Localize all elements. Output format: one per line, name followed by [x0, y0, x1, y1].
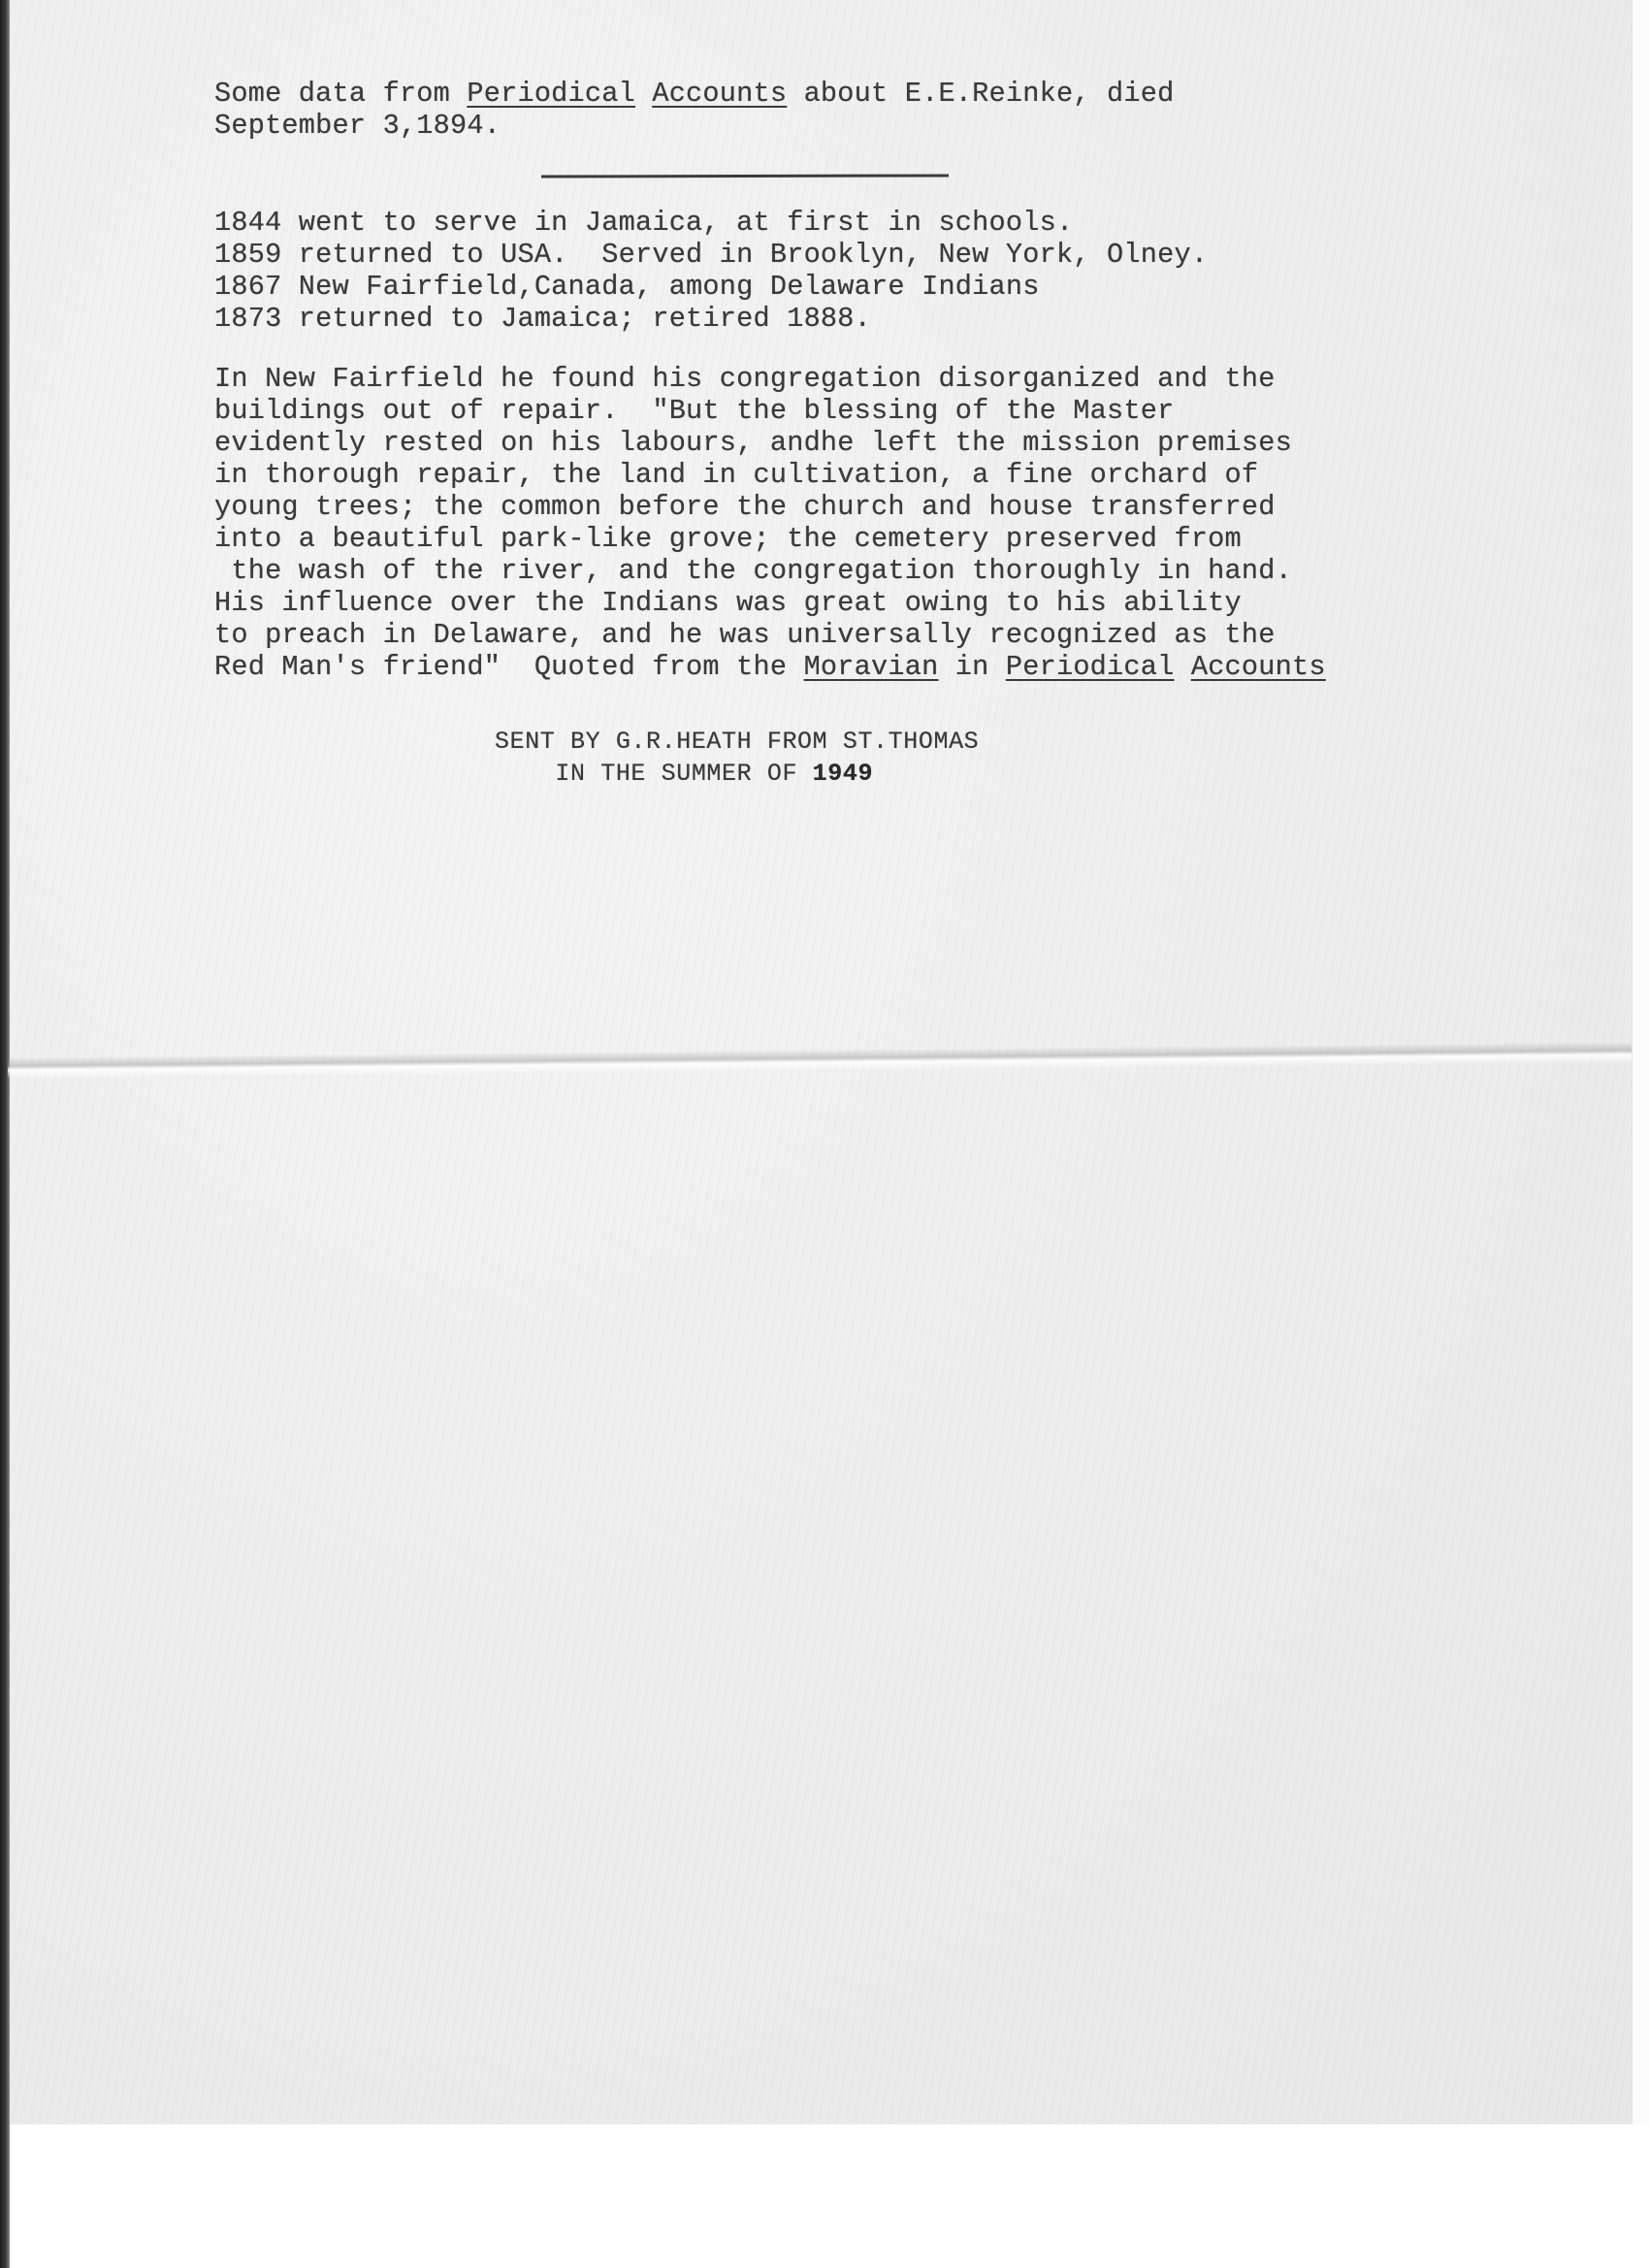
quote-line: to preach in Delaware, and he was univer… [214, 619, 1276, 651]
timeline-entry: 1873 returned to Jamaica; retired 1888. [214, 303, 871, 335]
timeline-text: went to serve in Jamaica, at first in sc… [281, 207, 1073, 239]
timeline-year: 1859 [214, 239, 281, 271]
signoff-year: 1949 [813, 760, 873, 788]
signoff-date-prefix: IN THE SUMMER OF [495, 760, 813, 788]
header-date: September 3,1894. [214, 110, 501, 142]
timeline-entry: 1859 returned to USA. Served in Brooklyn… [214, 239, 1208, 271]
timeline-year: 1873 [214, 303, 281, 335]
timeline-year: 1844 [214, 207, 281, 239]
timeline-entry: 1867 New Fairfield,Canada, among Delawar… [214, 271, 1040, 303]
quote-line: buildings out of repair. "But the blessi… [214, 395, 1174, 427]
quote-last-text: Red Man's friend" Quoted from the [214, 651, 804, 683]
scanner-right-margin [1632, 0, 1649, 2124]
quote-line: in thorough repair, the land in cultivat… [214, 459, 1258, 491]
timeline-text: New Fairfield,Canada, among Delaware Ind… [281, 271, 1039, 303]
timeline-year: 1867 [214, 271, 281, 303]
source-title-periodical: Periodical [467, 78, 635, 110]
quote-line: young trees; the common before the churc… [214, 491, 1276, 523]
quote-paragraph: In New Fairfield he found his congregati… [214, 363, 1326, 683]
signoff-sender: SENT BY G.R.HEATH FROM ST.THOMAS [495, 728, 979, 756]
quote-connector: in [938, 651, 1005, 683]
scanner-left-edge [0, 0, 10, 2268]
source-title-accounts: Accounts [652, 78, 787, 110]
signoff-block: SENT BY G.R.HEATH FROM ST.THOMAS IN THE … [495, 726, 979, 790]
timeline-list: 1844 went to serve in Jamaica, at first … [214, 207, 1208, 335]
timeline-entry: 1844 went to serve in Jamaica, at first … [214, 207, 1073, 239]
timeline-text: returned to USA. Served in Brooklyn, New… [281, 239, 1208, 271]
quote-line: In New Fairfield he found his congregati… [214, 363, 1276, 395]
source-title-moravian: Moravian [804, 651, 939, 683]
quote-line: evidently rested on his labours, andhe l… [214, 427, 1292, 459]
header-text: Some data from [214, 78, 467, 110]
quote-attribution: Red Man's friend" Quoted from the Moravi… [214, 651, 1326, 683]
quote-line: the wash of the river, and the congregat… [214, 555, 1292, 587]
timeline-text: returned to Jamaica; retired 1888. [281, 303, 871, 335]
quote-line: into a beautiful park-like grove; the ce… [214, 523, 1242, 555]
header-subject: about E.E.Reinke, died [787, 78, 1174, 110]
document-header: Some data from Periodical Accounts about… [214, 78, 1174, 142]
scanned-page: Some data from Periodical Accounts about… [0, 0, 1649, 2268]
quote-line: His influence over the Indians was great… [214, 587, 1242, 619]
source-title-periodical: Periodical [1006, 651, 1175, 683]
source-title-accounts: Accounts [1191, 651, 1326, 683]
